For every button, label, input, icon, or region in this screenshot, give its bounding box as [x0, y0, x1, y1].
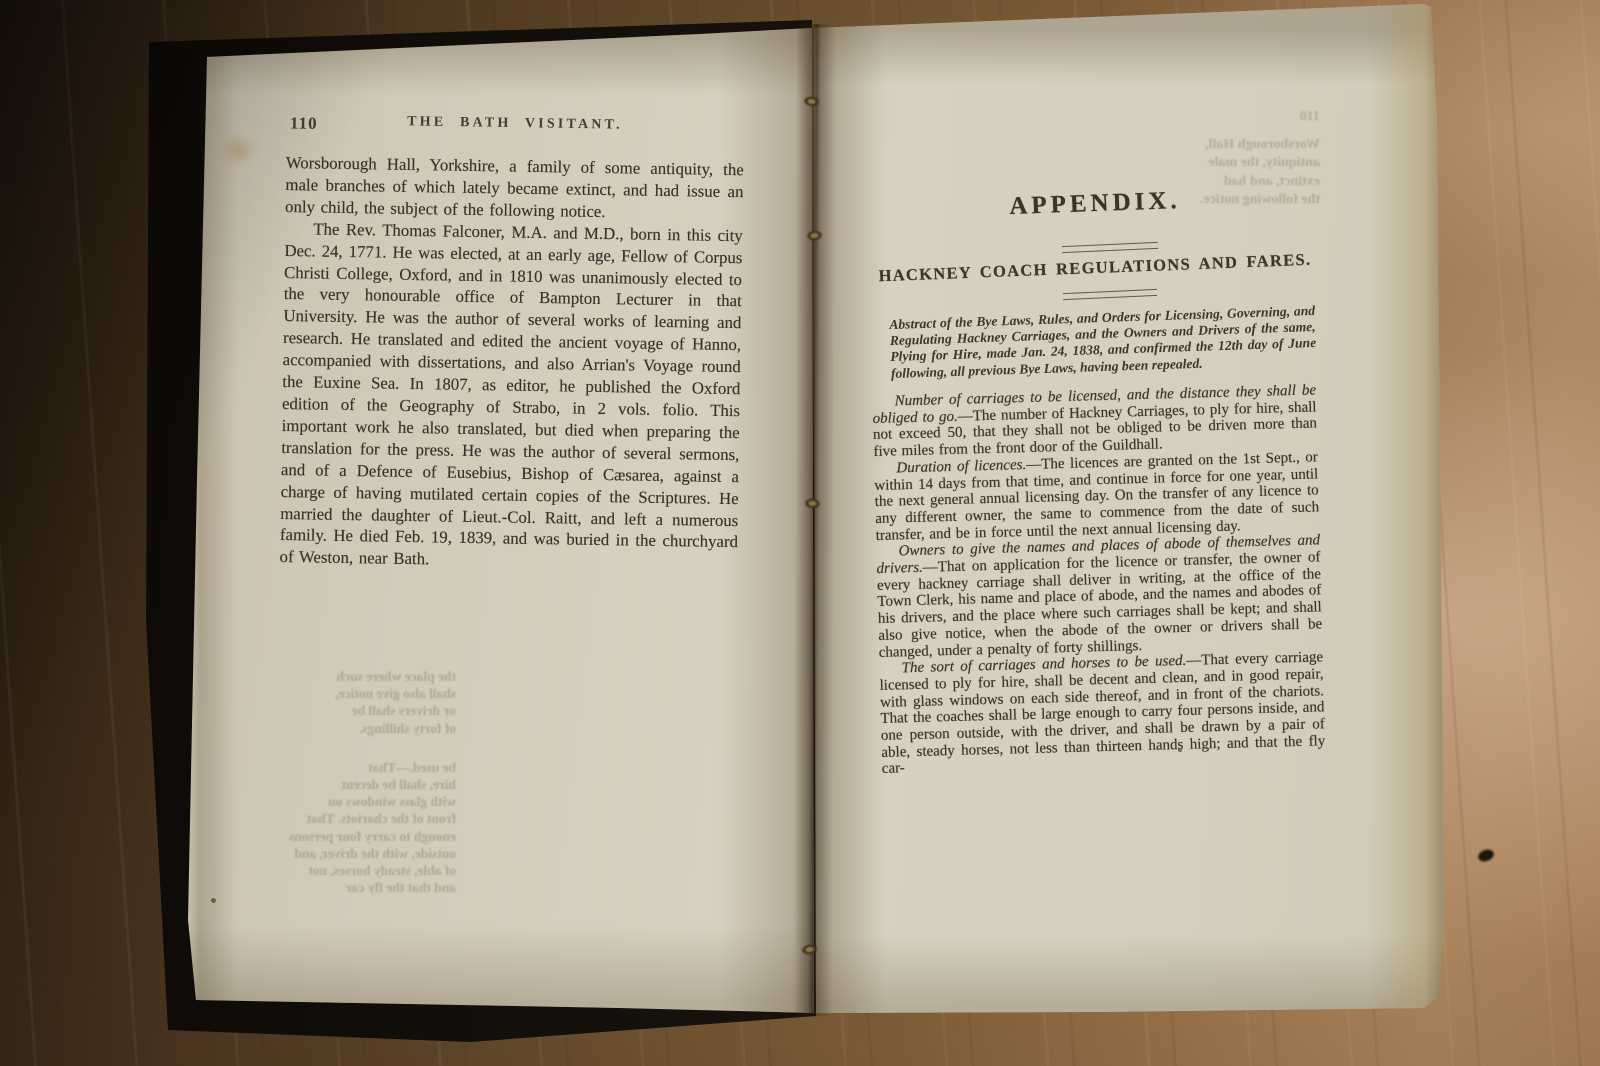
paragraph-duration-of-licences: Duration of licences.—The licences are g… [874, 449, 1320, 544]
paper-stain [220, 133, 256, 167]
page-number: 110 [290, 113, 318, 133]
show-through-text-left: the place where suchshall also give noti… [268, 668, 456, 896]
paragraph-owners-abode: Owners to give the names and places of a… [876, 533, 1323, 662]
right-page-body: Number of carriages to be licensed, and … [872, 382, 1326, 778]
left-page-body: Worsborough Hall, Yorkshire, a family of… [279, 152, 743, 575]
appendix-title: APPENDIX. [874, 182, 1317, 225]
paragraph-number-of-carriages: Number of carriages to be licensed, and … [872, 382, 1318, 460]
paragraph-falconer: The Rev. Thomas Falconer, M.A. and M.D.,… [279, 218, 742, 576]
abstract-paragraph: Abstract of the Bye Laws, Rules, and Ord… [889, 303, 1317, 382]
section-title: HACKNEY COACH REGULATIONS AND FARES. [874, 250, 1316, 287]
double-rule-divider [1063, 289, 1157, 300]
paper-speck [1178, 748, 1182, 752]
double-rule-divider [1062, 242, 1158, 253]
paragraph-sort-of-carriages: The sort of carriages and horses to be u… [879, 650, 1326, 779]
paragraph-rest: —That on application for the licence or … [877, 549, 1323, 660]
running-title: THE BATH VISITANT. [286, 112, 744, 135]
paper-speck [211, 898, 216, 903]
book-gutter-shadow [792, 24, 836, 1016]
left-page-header: 110 THE BATH VISITANT. [286, 112, 744, 135]
paragraph-worsborough: Worsborough Hall, Yorkshire, a family of… [285, 152, 744, 225]
